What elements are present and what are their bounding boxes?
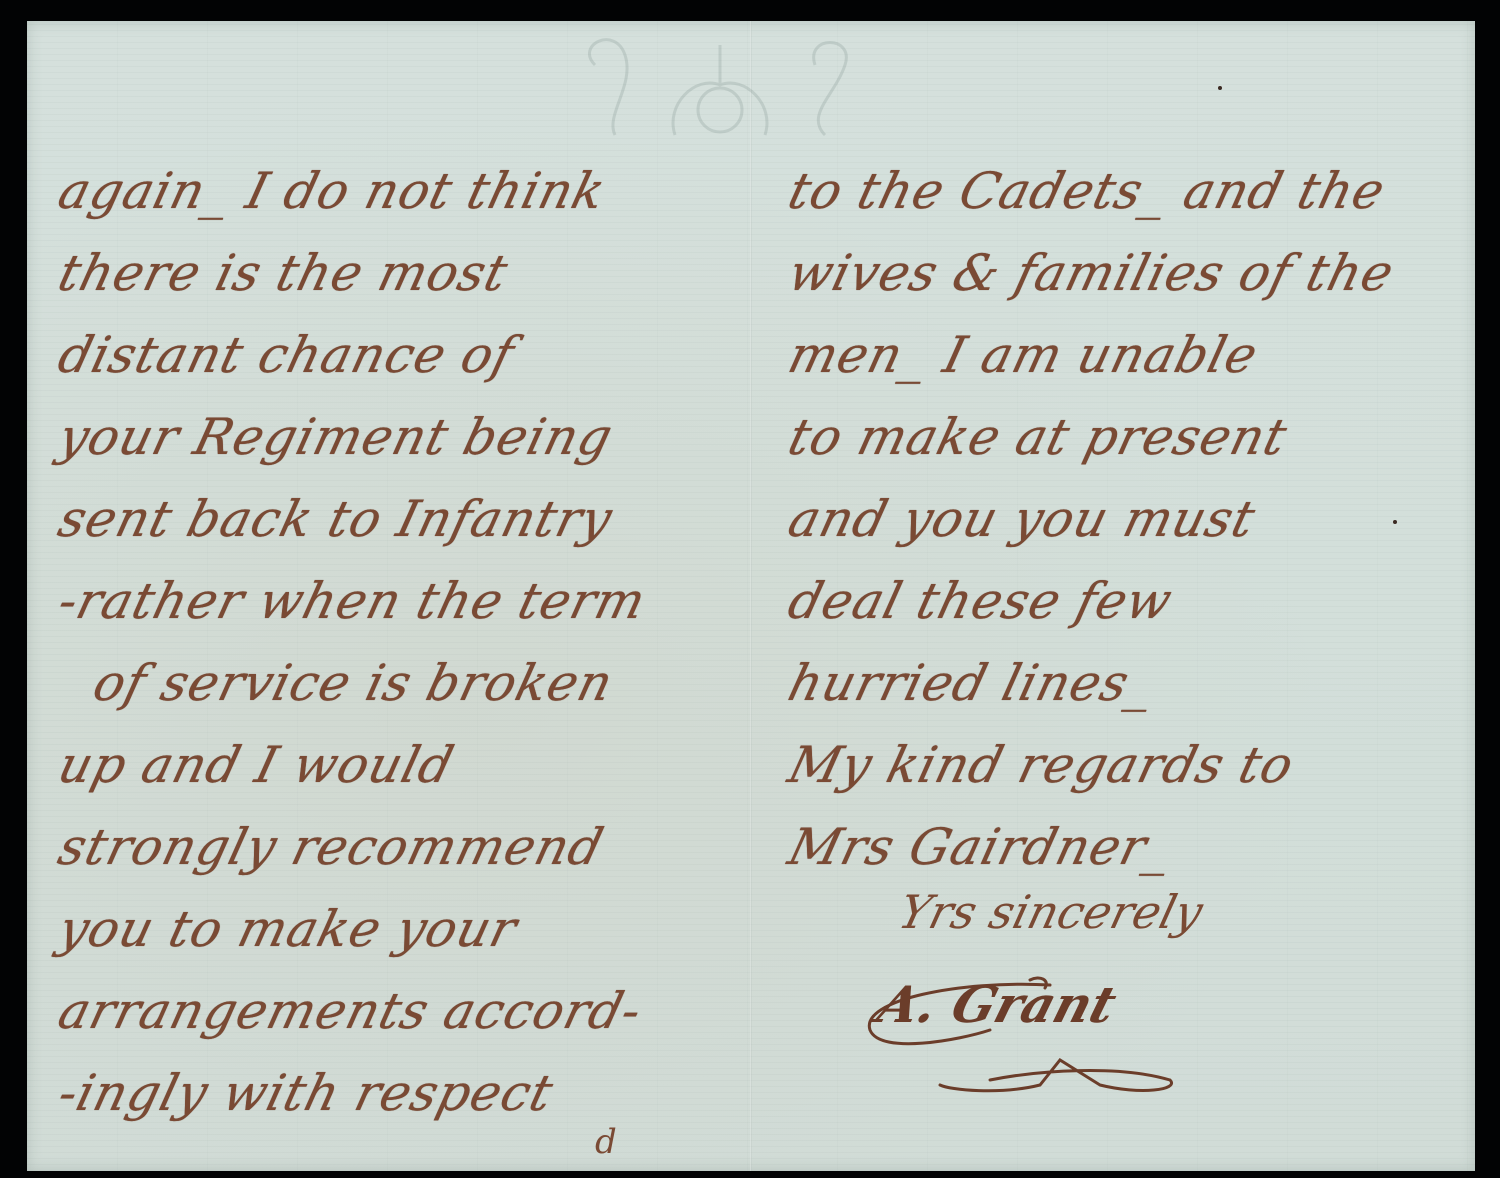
handwritten-line: up and I would xyxy=(50,724,750,806)
handwritten-line: strongly recommend xyxy=(50,806,750,888)
handwritten-line: there is the most xyxy=(50,232,750,314)
handwritten-line: -rather when the term xyxy=(50,560,750,642)
handwritten-line: arrangements accord- xyxy=(50,970,750,1052)
handwritten-line: -ingly with respect xyxy=(50,1052,750,1134)
handwritten-line: hurried lines_ xyxy=(780,642,1480,724)
handwritten-line: men_ I am unable xyxy=(780,314,1480,396)
handwritten-line: your Regiment being xyxy=(50,396,750,478)
embossed-crest-icon xyxy=(555,25,885,145)
handwritten-line: of service is broken xyxy=(50,642,750,724)
handwritten-line: Mrs Gairdner_ xyxy=(780,806,1480,888)
left-text-column: again_ I do not think there is the most … xyxy=(60,150,740,1134)
right-text-column: to the Cadets_ and the wives & families … xyxy=(790,150,1470,888)
handwritten-line: wives & families of the xyxy=(780,232,1480,314)
handwritten-line: you to make your xyxy=(50,888,750,970)
handwritten-line: and you you must xyxy=(780,478,1480,560)
handwritten-line: deal these few xyxy=(780,560,1480,642)
signature-block: Yrs sincerely A. Grant xyxy=(840,880,1300,1110)
handwritten-line: My kind regards to xyxy=(780,724,1480,806)
handwritten-line: sent back to Infantry xyxy=(50,478,750,560)
ink-speck xyxy=(1218,86,1222,90)
handwritten-line: again_ I do not think xyxy=(50,150,750,232)
page-mark: d xyxy=(595,1122,617,1162)
ink-speck xyxy=(1393,520,1397,524)
handwritten-line: distant chance of xyxy=(50,314,750,396)
handwritten-line: to the Cadets_ and the xyxy=(780,150,1480,232)
signature-name: A. Grant xyxy=(872,975,1123,1034)
letter-closing: Yrs sincerely xyxy=(893,885,1208,939)
handwritten-line: to make at present xyxy=(780,396,1480,478)
paper-fold-line xyxy=(750,21,752,1171)
